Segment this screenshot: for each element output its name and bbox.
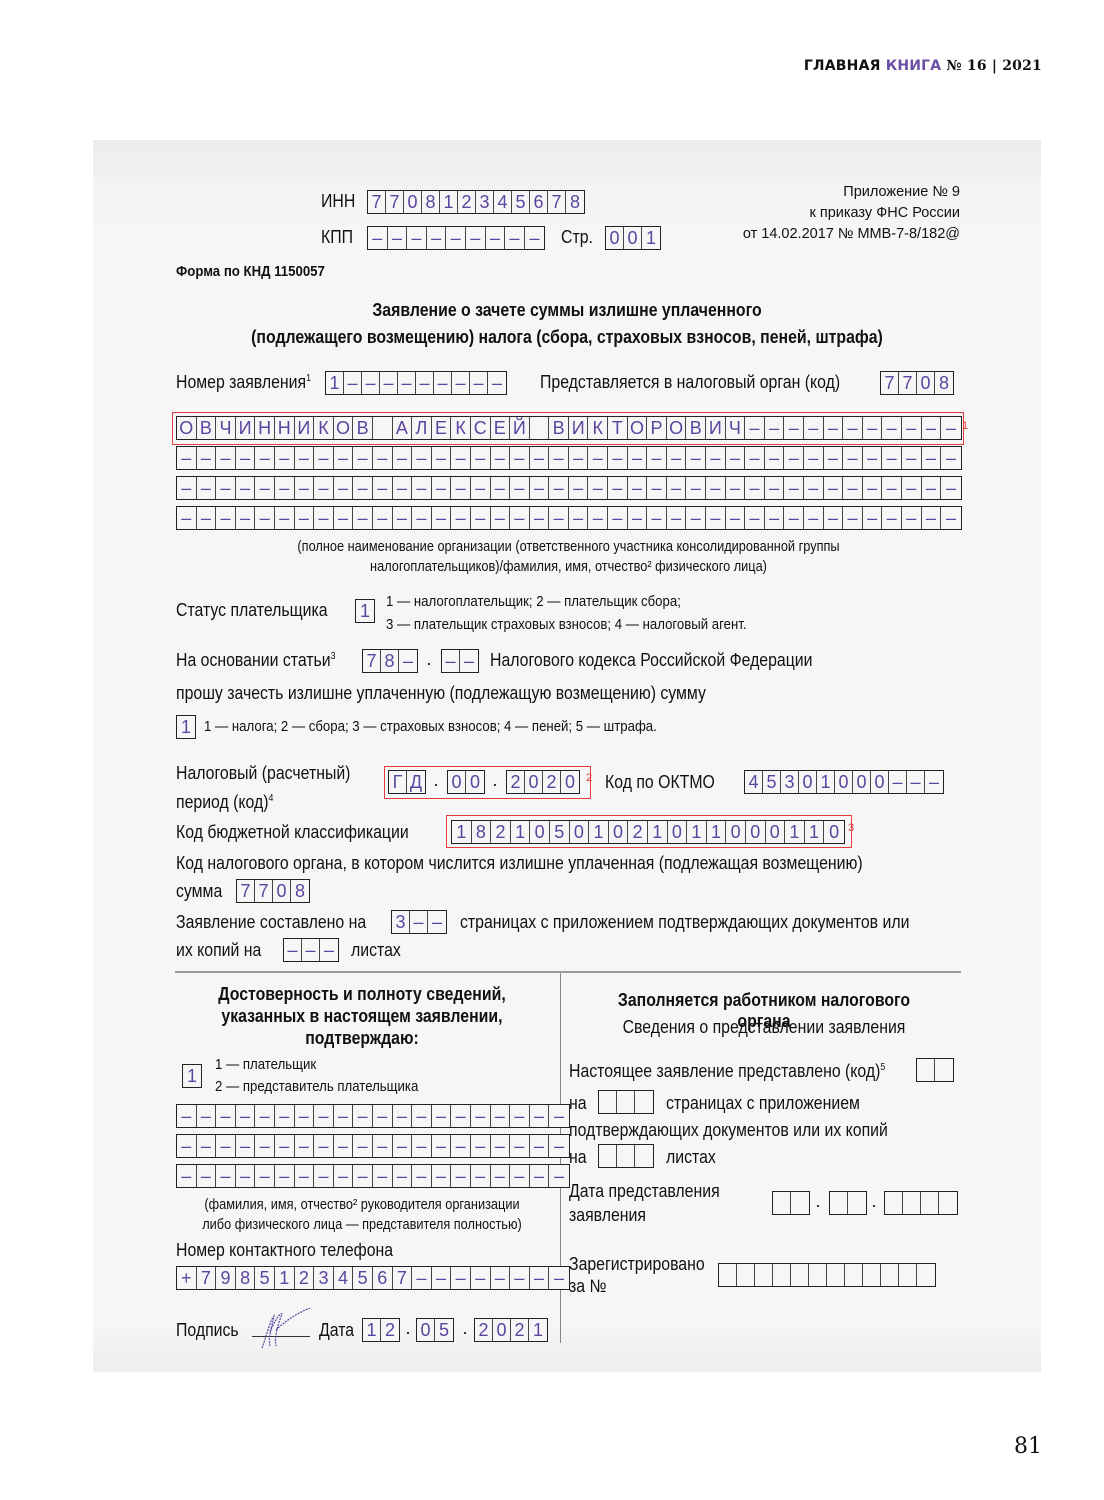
char-cell[interactable]: – [824,507,844,529]
char-cell[interactable]: В [686,417,706,439]
char-cell[interactable]: – [510,477,530,499]
char-cell[interactable]: 8 [291,880,309,902]
char-cell[interactable]: – [275,507,295,529]
char-cell[interactable]: – [922,447,942,469]
char-cell[interactable]: – [824,417,844,439]
cell-group[interactable]: ––– [283,938,339,962]
char-cell[interactable]: – [549,477,569,499]
char-cell[interactable]: – [373,1165,393,1187]
char-cell[interactable]: – [549,1105,569,1127]
representative-row-2[interactable]: –––––––––––––––––––– [176,1134,570,1158]
date-day-field[interactable]: 12 [362,1318,400,1342]
char-cell[interactable]: – [907,771,925,793]
cell-group[interactable] [598,1144,654,1168]
period-num-field[interactable]: 00 [447,770,485,794]
char-cell[interactable]: – [471,1135,491,1157]
char-cell[interactable] [599,1145,617,1167]
char-cell[interactable]: – [197,447,217,469]
char-cell[interactable]: 8 [422,191,440,213]
char-cell[interactable]: – [530,1135,550,1157]
char-cell[interactable] [899,1264,917,1286]
char-cell[interactable]: 2 [507,771,525,793]
char-cell[interactable]: 4 [334,1267,354,1289]
char-cell[interactable]: – [784,477,804,499]
char-cell[interactable]: – [745,417,765,439]
char-cell[interactable]: – [452,372,470,394]
char-cell[interactable]: – [510,447,530,469]
page-field[interactable]: 001 [605,226,661,250]
char-cell[interactable] [773,1264,791,1286]
oktmo-field[interactable]: 45301000––– [744,770,944,794]
char-cell[interactable]: 1 [440,191,458,213]
char-cell[interactable]: 7 [386,191,404,213]
char-cell[interactable]: – [667,507,687,529]
char-cell[interactable]: – [393,507,413,529]
char-cell[interactable]: 1 [452,821,472,843]
char-cell[interactable]: К [314,417,334,439]
char-cell[interactable]: – [863,477,883,499]
char-cell[interactable]: – [549,447,569,469]
char-cell[interactable]: – [442,650,460,672]
char-cell[interactable]: – [549,1135,569,1157]
char-cell[interactable]: – [863,507,883,529]
cell-group[interactable] [884,1191,958,1215]
char-cell[interactable]: 1 [511,821,531,843]
char-cell[interactable]: – [177,1165,197,1187]
char-cell[interactable]: – [471,477,491,499]
char-cell[interactable]: – [765,507,785,529]
char-cell[interactable]: – [236,1105,256,1127]
char-cell[interactable]: 6 [373,1267,393,1289]
char-cell[interactable]: – [686,507,706,529]
char-cell[interactable]: 5 [550,821,570,843]
cell-group[interactable]: 2020 [506,770,580,794]
char-cell[interactable]: 3 [781,771,799,793]
char-cell[interactable]: 1 [326,372,344,394]
char-cell[interactable]: – [491,1105,511,1127]
char-cell[interactable]: – [451,507,471,529]
char-cell[interactable]: – [334,1105,354,1127]
char-cell[interactable]: В [197,417,217,439]
kbk-field[interactable]: 18210501021011000110 [451,820,845,844]
char-cell[interactable]: 1 [642,227,660,249]
char-cell[interactable]: 0 [273,880,291,902]
char-cell[interactable]: – [902,417,922,439]
char-cell[interactable]: – [412,477,432,499]
char-cell[interactable]: – [549,1267,569,1289]
char-cell[interactable]: – [255,507,275,529]
char-cell[interactable]: – [491,447,511,469]
char-cell[interactable]: – [525,227,545,249]
char-cell[interactable]: – [530,477,550,499]
char-cell[interactable]: – [412,1135,432,1157]
char-cell[interactable]: – [373,1135,393,1157]
char-cell[interactable] [903,1192,921,1214]
char-cell[interactable]: 0 [561,771,579,793]
char-cell[interactable]: – [784,507,804,529]
char-cell[interactable]: – [427,227,447,249]
char-cell[interactable]: Д [407,771,425,793]
representative-row-1[interactable]: –––––––––––––––––––– [176,1104,570,1128]
char-cell[interactable]: 0 [606,227,624,249]
char-cell[interactable]: О [177,417,197,439]
cell-group[interactable]: –––––––––––––––––––––––––––––––––––––––– [176,446,962,470]
char-cell[interactable]: 0 [609,821,629,843]
representative-row-3[interactable]: –––––––––––––––––––– [176,1164,570,1188]
char-cell[interactable]: – [177,477,197,499]
char-cell[interactable]: 7 [237,880,255,902]
char-cell[interactable]: – [549,1165,569,1187]
char-cell[interactable]: – [353,507,373,529]
char-cell[interactable]: – [432,1135,452,1157]
char-cell[interactable]: – [608,507,628,529]
char-cell[interactable] [848,1192,866,1214]
char-cell[interactable]: – [284,939,302,961]
char-cell[interactable]: – [416,372,434,394]
char-cell[interactable]: – [275,447,295,469]
char-cell[interactable]: – [320,939,338,961]
char-cell[interactable]: – [432,507,452,529]
char-cell[interactable]: – [295,477,315,499]
char-cell[interactable]: – [368,227,388,249]
char-cell[interactable]: – [177,1105,197,1127]
char-cell[interactable]: – [412,1165,432,1187]
char-cell[interactable]: – [941,417,961,439]
char-cell[interactable]: – [941,477,961,499]
char-cell[interactable]: – [628,507,648,529]
char-cell[interactable]: – [941,447,961,469]
char-cell[interactable]: – [434,372,452,394]
char-cell[interactable]: 5 [763,771,781,793]
char-cell[interactable]: – [486,227,506,249]
char-cell[interactable]: + [177,1267,197,1289]
cell-group[interactable]: 45301000––– [744,770,944,794]
char-cell[interactable]: В [353,417,373,439]
char-cell[interactable]: 7 [548,191,566,213]
char-cell[interactable]: 0 [917,372,935,394]
char-cell[interactable]: 2 [475,1319,493,1341]
char-cell[interactable]: 1 [363,1319,381,1341]
char-cell[interactable]: – [236,1135,256,1157]
signature-field[interactable] [252,1316,310,1337]
cell-group[interactable]: –––––––––––––––––––– [176,1164,570,1188]
char-cell[interactable]: 0 [466,771,484,793]
char-cell[interactable]: 7 [881,372,899,394]
char-cell[interactable]: 0 [570,821,590,843]
char-cell[interactable]: – [412,1267,432,1289]
char-cell[interactable]: – [804,417,824,439]
char-cell[interactable]: – [236,1165,256,1187]
char-cell[interactable]: 0 [530,821,550,843]
char-cell[interactable]: – [451,477,471,499]
char-cell[interactable]: 0 [448,771,466,793]
char-cell[interactable]: – [471,507,491,529]
char-cell[interactable]: 1 [183,1065,201,1087]
char-cell[interactable]: – [197,477,217,499]
char-cell[interactable]: – [399,650,417,672]
char-cell[interactable]: 1 [529,1319,547,1341]
cell-group[interactable] [829,1191,867,1215]
cell-group[interactable]: –––––––––––––––––––– [176,1134,570,1158]
char-cell[interactable]: – [706,507,726,529]
char-cell[interactable]: – [510,1165,530,1187]
char-cell[interactable]: – [466,227,486,249]
char-cell[interactable]: 7 [899,372,917,394]
char-cell[interactable]: – [510,1105,530,1127]
char-cell[interactable]: – [216,447,236,469]
char-cell[interactable]: Ч [216,417,236,439]
char-cell[interactable]: 2 [295,1267,315,1289]
char-cell[interactable]: 0 [726,821,746,843]
char-cell[interactable]: 7 [393,1267,413,1289]
char-cell[interactable]: – [922,417,942,439]
char-cell[interactable]: – [446,227,466,249]
cell-group[interactable] [916,1058,954,1082]
char-cell[interactable]: 3 [476,191,494,213]
char-cell[interactable] [635,1145,653,1167]
char-cell[interactable]: – [628,477,648,499]
char-cell[interactable]: – [216,1165,236,1187]
char-cell[interactable]: 8 [236,1267,256,1289]
char-cell[interactable]: – [177,507,197,529]
char-cell[interactable]: – [588,447,608,469]
char-cell[interactable]: – [432,1267,452,1289]
char-cell[interactable]: – [863,447,883,469]
char-cell[interactable]: – [412,1105,432,1127]
char-cell[interactable]: Е [491,417,511,439]
char-cell[interactable]: – [373,507,393,529]
char-cell[interactable]: – [393,447,413,469]
char-cell[interactable]: – [295,447,315,469]
cell-group[interactable]: –––––––––––––––––––––––––––––––––––––––– [176,476,962,500]
char-cell[interactable]: – [380,372,398,394]
char-cell[interactable]: – [530,1165,550,1187]
char-cell[interactable]: – [843,477,863,499]
char-cell[interactable]: – [765,417,785,439]
char-cell[interactable]: Ч [726,417,746,439]
cell-group[interactable]: 12 [362,1318,400,1342]
char-cell[interactable]: – [393,1105,413,1127]
char-cell[interactable]: – [432,477,452,499]
char-cell[interactable]: 1 [785,821,805,843]
char-cell[interactable]: – [314,1165,334,1187]
char-cell[interactable]: 0 [853,771,871,793]
char-cell[interactable]: – [255,1135,275,1157]
char-cell[interactable]: – [302,939,320,961]
char-cell[interactable]: – [882,507,902,529]
char-cell[interactable]: – [667,447,687,469]
char-cell[interactable]: – [824,447,844,469]
char-cell[interactable] [635,1091,653,1113]
char-cell[interactable]: – [353,1135,373,1157]
char-cell[interactable] [935,1059,953,1081]
char-cell[interactable] [773,1192,791,1214]
cell-group[interactable]: 7708 [880,371,954,395]
char-cell[interactable]: К [588,417,608,439]
submission-day-field[interactable] [772,1191,810,1219]
char-cell[interactable]: И [706,417,726,439]
copies-field[interactable]: ––– [283,938,339,962]
char-cell[interactable]: – [569,477,589,499]
char-cell[interactable]: – [314,1135,334,1157]
cell-group[interactable]: 18210501021011000110 [451,820,845,844]
char-cell[interactable]: – [197,1135,217,1157]
cell-group[interactable]: 05 [416,1318,454,1342]
char-cell[interactable]: – [334,1135,354,1157]
char-cell[interactable]: Й [510,417,530,439]
char-cell[interactable]: 0 [624,227,642,249]
char-cell[interactable]: – [295,1165,315,1187]
char-cell[interactable]: – [765,477,785,499]
char-cell[interactable]: – [491,1135,511,1157]
char-cell[interactable]: 0 [799,771,817,793]
article-sub-field[interactable]: –– [441,649,479,673]
char-cell[interactable]: – [216,1105,236,1127]
cell-group[interactable]: 3–– [391,910,447,934]
char-cell[interactable] [917,1264,935,1286]
cell-group[interactable]: 2021 [474,1318,548,1342]
char-cell[interactable]: 0 [404,191,422,213]
char-cell[interactable]: – [608,447,628,469]
char-cell[interactable]: – [686,447,706,469]
kpp-field[interactable]: ––––––––– [367,226,545,250]
char-cell[interactable]: – [588,477,608,499]
char-cell[interactable]: 2 [628,821,648,843]
char-cell[interactable]: – [471,447,491,469]
cell-group[interactable]: 78– [362,649,418,673]
char-cell[interactable]: – [530,1105,550,1127]
char-cell[interactable]: 0 [746,821,766,843]
cell-group[interactable]: +79851234567–––––––– [176,1266,570,1290]
payment-type-field[interactable]: 1 [176,715,196,739]
char-cell[interactable]: – [412,447,432,469]
char-cell[interactable]: 0 [668,821,688,843]
char-cell[interactable] [863,1264,881,1286]
char-cell[interactable]: О [628,417,648,439]
char-cell[interactable]: – [393,1165,413,1187]
char-cell[interactable]: Е [432,417,452,439]
char-cell[interactable]: Н [255,417,275,439]
char-cell[interactable]: 0 [871,771,889,793]
char-cell[interactable]: – [882,477,902,499]
period-year-field[interactable]: 2020 [506,770,580,794]
char-cell[interactable]: – [889,771,907,793]
cell-group[interactable] [772,1191,810,1215]
office-code-field[interactable]: 7708 [236,879,310,903]
char-cell[interactable]: – [549,507,569,529]
char-cell[interactable]: – [588,507,608,529]
char-cell[interactable]: – [295,507,315,529]
char-cell[interactable]: – [530,507,550,529]
char-cell[interactable]: – [216,507,236,529]
char-cell[interactable]: – [470,372,488,394]
char-cell[interactable]: – [432,447,452,469]
char-cell[interactable]: – [843,507,863,529]
char-cell[interactable]: – [569,507,589,529]
char-cell[interactable]: – [388,227,408,249]
char-cell[interactable]: – [488,372,506,394]
char-cell[interactable] [921,1192,939,1214]
char-cell[interactable]: – [236,477,256,499]
char-cell[interactable]: – [275,1135,295,1157]
cell-group[interactable]: ––––––––– [367,226,545,250]
char-cell[interactable]: 7 [197,1267,217,1289]
char-cell[interactable]: – [393,477,413,499]
cell-group[interactable]: ГД [388,770,426,794]
name-row-4[interactable]: –––––––––––––––––––––––––––––––––––––––– [176,506,962,530]
char-cell[interactable]: 5 [435,1319,453,1341]
char-cell[interactable]: – [295,1105,315,1127]
cell-group[interactable]: –– [441,649,479,673]
char-cell[interactable]: – [177,447,197,469]
char-cell[interactable]: – [353,447,373,469]
char-cell[interactable] [830,1192,848,1214]
char-cell[interactable]: – [510,1267,530,1289]
char-cell[interactable] [530,417,550,439]
char-cell[interactable]: – [236,507,256,529]
char-cell[interactable]: – [491,507,511,529]
char-cell[interactable]: – [804,447,824,469]
char-cell[interactable]: И [569,417,589,439]
cell-group[interactable]: ОВЧИННИКОВ АЛЕКСЕЙ ВИКТОРОВИЧ––––––––––– [176,416,962,440]
char-cell[interactable]: – [451,1135,471,1157]
char-cell[interactable]: С [471,417,491,439]
char-cell[interactable]: – [344,372,362,394]
inn-field[interactable]: 770812345678 [367,190,585,214]
char-cell[interactable]: – [922,507,942,529]
char-cell[interactable]: – [334,477,354,499]
char-cell[interactable]: 7 [363,650,381,672]
char-cell[interactable]: 0 [766,821,786,843]
char-cell[interactable] [719,1264,737,1286]
char-cell[interactable]: – [824,477,844,499]
officer-sheets-field[interactable] [598,1144,654,1172]
cell-group[interactable] [718,1263,936,1287]
char-cell[interactable]: – [216,1135,236,1157]
char-cell[interactable]: – [706,477,726,499]
submission-year-field[interactable] [884,1191,958,1219]
char-cell[interactable]: 8 [566,191,584,213]
char-cell[interactable]: 2 [511,1319,529,1341]
char-cell[interactable]: – [491,1267,511,1289]
char-cell[interactable]: – [412,507,432,529]
char-cell[interactable]: – [922,477,942,499]
char-cell[interactable]: – [471,1105,491,1127]
char-cell[interactable]: О [334,417,354,439]
char-cell[interactable] [885,1192,903,1214]
registration-number-field[interactable] [718,1263,936,1291]
char-cell[interactable]: – [902,477,922,499]
char-cell[interactable]: 3 [392,911,410,933]
char-cell[interactable] [827,1264,845,1286]
char-cell[interactable] [599,1091,617,1113]
char-cell[interactable]: 2 [381,1319,399,1341]
article-field[interactable]: 78– [362,649,418,673]
char-cell[interactable]: – [745,477,765,499]
char-cell[interactable]: – [451,447,471,469]
char-cell[interactable]: – [407,227,427,249]
char-cell[interactable]: – [177,1135,197,1157]
char-cell[interactable]: И [295,417,315,439]
char-cell[interactable]: – [373,1105,393,1127]
char-cell[interactable]: 0 [417,1319,435,1341]
char-cell[interactable] [881,1264,899,1286]
cell-group[interactable]: –––––––––––––––––––––––––––––––––––––––– [176,506,962,530]
char-cell[interactable]: 1 [805,821,825,843]
char-cell[interactable]: Н [275,417,295,439]
name-row-3[interactable]: –––––––––––––––––––––––––––––––––––––––– [176,476,962,500]
app-number-field[interactable]: 1––––––––– [325,371,507,395]
